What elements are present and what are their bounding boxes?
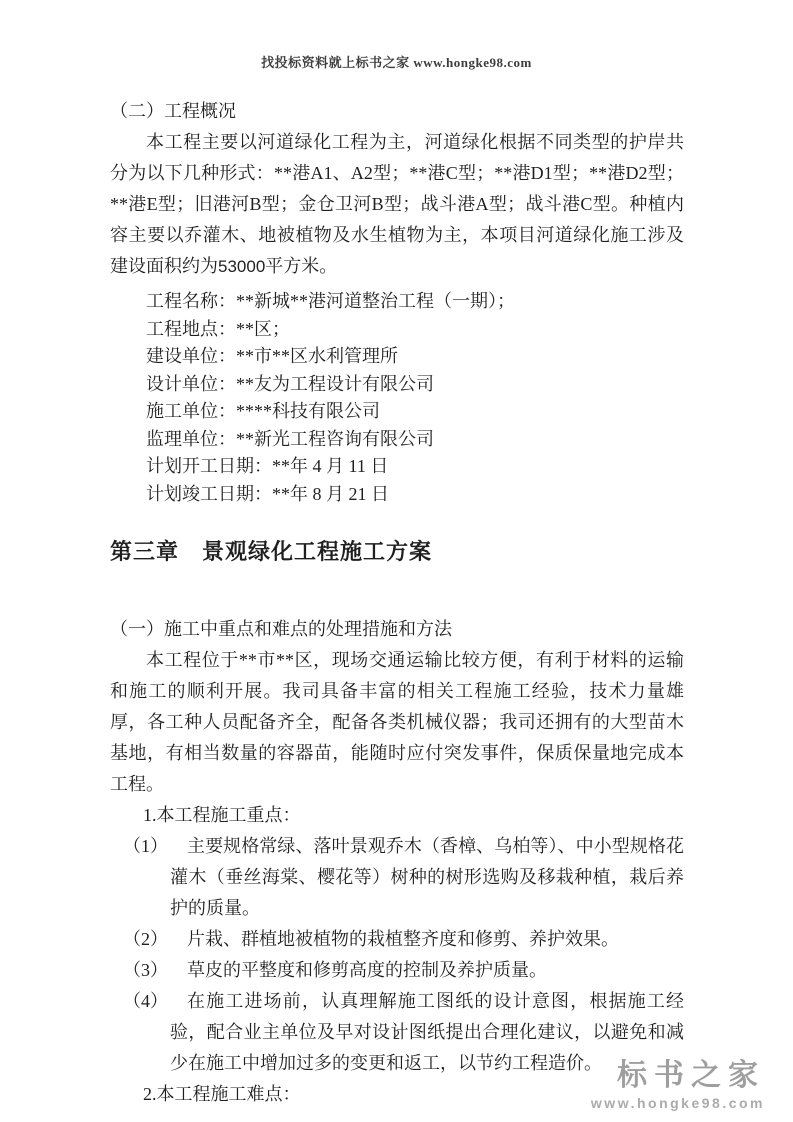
list-item-key-point-2: （2） 片栽、群植地被植物的栽植整齐度和修剪、养护效果。	[110, 924, 684, 955]
info-line-contractor-unit: 施工单位：****科技有限公司	[110, 398, 684, 426]
list-item-key-point-3: （3） 草皮的平整度和修剪高度的控制及养护质量。	[110, 955, 684, 986]
info-line-supervision-unit: 监理单位：**新光工程咨询有限公司	[110, 426, 684, 454]
list-item-key-point-1: （1） 主要规格常绿、落叶景观乔木（香樟、乌柏等）、中小型规格花灌木（垂丝海棠、…	[110, 831, 684, 924]
document-content: （二）工程概况 本工程主要以河道绿化工程为主，河道绿化根据不同类型的护岸共分为以…	[110, 96, 684, 1110]
paragraph-intro: 本工程位于**市**区，现场交通运输比较方便，有利于材料的运输和施工的顺利开展。…	[110, 645, 684, 800]
list-item-marker: （2）	[123, 924, 168, 955]
list-item-marker: （4）	[123, 986, 168, 1017]
paragraph-project-overview: 本工程主要以河道绿化工程为主，河道绿化根据不同类型的护岸共分为以下几种形式：**…	[110, 127, 684, 282]
section-heading-project-overview: （二）工程概况	[110, 96, 684, 127]
list-item-text: 主要规格常绿、落叶景观乔木（香樟、乌柏等）、中小型规格花灌木（垂丝海棠、樱花等）…	[170, 831, 684, 924]
watermark-logo: 标书之家 www.hongke98.com	[591, 1058, 765, 1112]
section-heading-key-difficulties: （一）施工中重点和难点的处理措施和方法	[110, 614, 684, 645]
list-item-text: 草皮的平整度和修剪高度的控制及养护质量。	[170, 955, 684, 986]
project-info-list: 工程名称：**新城**港河道整治工程（一期）； 工程地点：**区； 建设单位：*…	[110, 288, 684, 508]
info-line-project-name: 工程名称：**新城**港河道整治工程（一期）；	[110, 288, 684, 316]
info-line-planned-start-date: 计划开工日期：**年 4 月 11 日	[110, 453, 684, 481]
info-line-design-unit: 设计单位：**友为工程设计有限公司	[110, 371, 684, 399]
info-line-construction-unit: 建设单位：**市**区水利管理所	[110, 343, 684, 371]
key-points-label: 1.本工程施工重点：	[110, 800, 684, 831]
page-number: 2	[0, 1028, 793, 1044]
list-item-text: 片栽、群植地被植物的栽植整齐度和修剪、养护效果。	[170, 924, 684, 955]
list-item-marker: （1）	[123, 831, 168, 862]
overview-area-value: 53000	[218, 257, 265, 276]
page-header-slogan: 找投标资料就上标书之家 www.hongke98.com	[0, 52, 793, 71]
info-line-planned-finish-date: 计划竣工日期：**年 8 月 21 日	[110, 481, 684, 509]
watermark-url-text: www.hongke98.com	[591, 1094, 765, 1112]
info-line-project-location: 工程地点：**区；	[110, 316, 684, 344]
list-item-marker: （3）	[123, 955, 168, 986]
chapter-heading: 第三章 景观绿化工程施工方案	[110, 536, 684, 568]
overview-text-prefix: 本工程主要以河道绿化工程为主，河道绿化根据不同类型的护岸共分为以下几种形式：**…	[110, 132, 684, 276]
document-page: 找投标资料就上标书之家 www.hongke98.com （二）工程概况 本工程…	[0, 0, 793, 1122]
watermark-brand-text: 标书之家	[591, 1058, 765, 1094]
overview-text-suffix: 平方米。	[265, 256, 337, 276]
